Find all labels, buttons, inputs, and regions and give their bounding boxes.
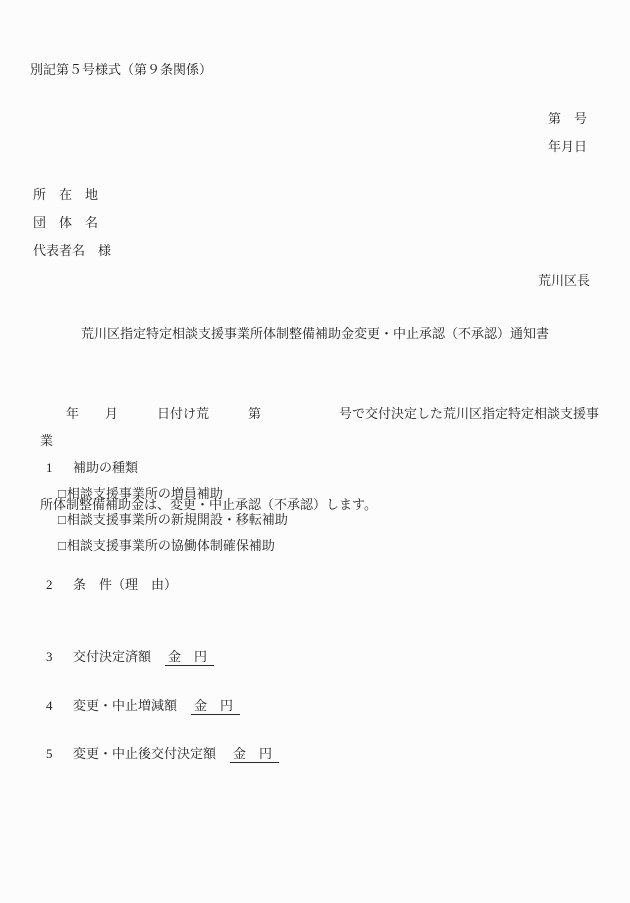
sender-name: 荒川区長: [538, 272, 590, 290]
section-number: 3: [46, 648, 73, 666]
section-number: 5: [46, 745, 73, 763]
section-change-amount: 4変更・中止増減額金 円: [33, 679, 240, 734]
section-label: 変更・中止増減額: [73, 698, 177, 713]
section-conditions: 2条 件（理 由）: [33, 558, 177, 613]
form-number: 別記第５号様式（第９条関係）: [30, 61, 212, 79]
section-label: 変更・中止後交付決定額: [73, 746, 216, 761]
recipient-representative-label: 代表者名 様: [33, 242, 111, 260]
section-number: 4: [46, 697, 73, 715]
document-number-line: 第 号: [548, 110, 587, 128]
recipient-organization-label: 団 体 名: [33, 214, 98, 232]
section-label: 交付決定済額: [73, 649, 151, 664]
recipient-address-label: 所 在 地: [33, 186, 98, 204]
section-after-amount: 5変更・中止後交付決定額金 円: [33, 727, 279, 782]
amount-blank: 金 円: [230, 746, 279, 763]
amount-blank: 金 円: [191, 698, 240, 715]
date-line: 年月日: [548, 138, 587, 156]
checkbox-item-label: 相談支援事業所の協働体制確保補助: [67, 538, 275, 553]
document-title: 荒川区指定特定相談支援事業所体制整備補助金変更・中止承認（不承認）通知書: [0, 325, 630, 343]
amount-blank: 金 円: [165, 649, 214, 666]
section-decided-amount: 3交付決定済額金 円: [33, 630, 214, 685]
checkbox-icon: □: [58, 538, 66, 553]
document-page: 別記第５号様式（第９条関係） 第 号 年月日 所 在 地 団 体 名 代表者名 …: [0, 0, 630, 903]
section-label: 条 件（理 由）: [73, 577, 177, 592]
section-number: 2: [46, 576, 73, 594]
